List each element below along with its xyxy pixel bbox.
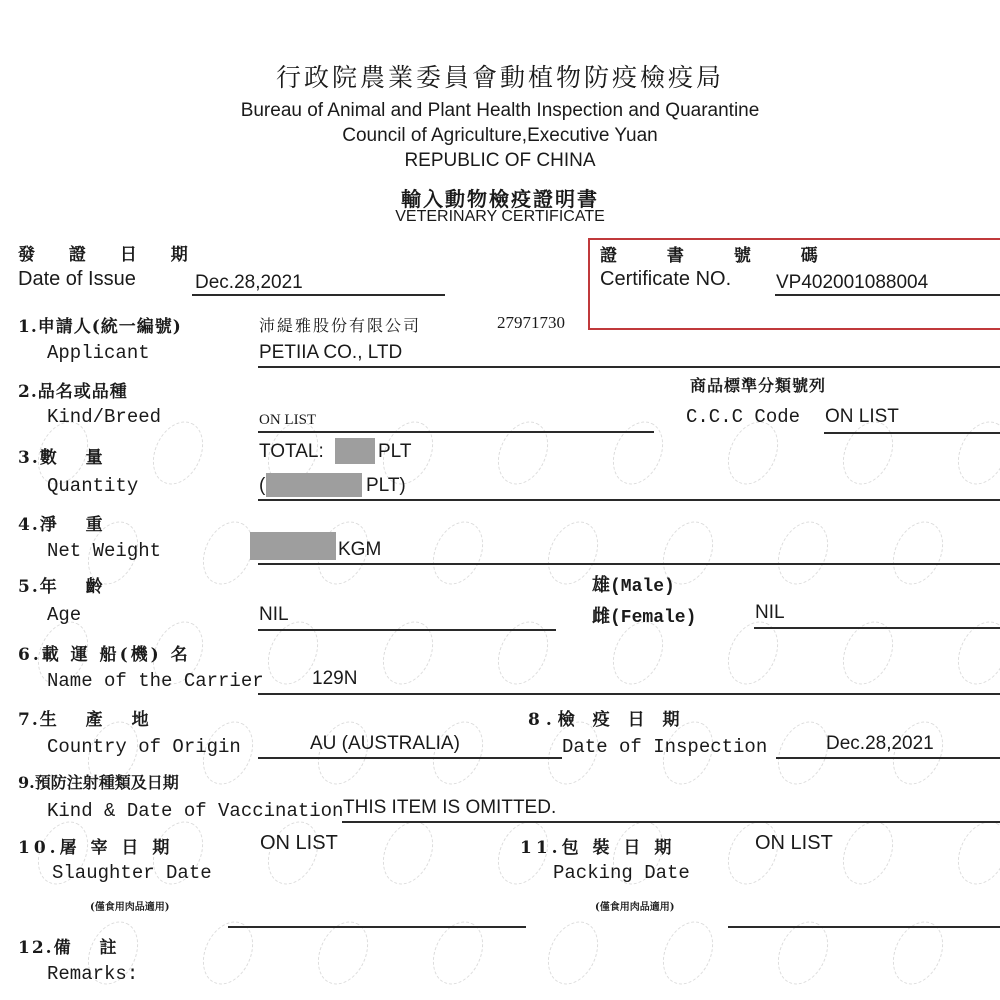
ccc-underline <box>824 432 1000 434</box>
carrier-label-zh: 6.載 運 船(機) 名 <box>18 640 191 665</box>
slaughter-underline <box>228 926 526 928</box>
carrier-underline <box>258 693 1000 695</box>
watermark-swirl <box>833 613 903 692</box>
quantity-total-unit: PLT <box>378 441 411 463</box>
watermark-swirl <box>718 613 788 692</box>
age-underline <box>258 629 556 631</box>
age-label-zh: 5.年 齡 <box>18 572 105 597</box>
country-name: REPUBLIC OF CHINA <box>0 150 1000 172</box>
issue-date-underline <box>192 294 445 296</box>
issue-date-label: Date of Issue <box>18 268 136 291</box>
council-name: Council of Agriculture,Executive Yuan <box>0 125 1000 147</box>
watermark-swirl <box>488 413 558 492</box>
packing-label: Packing Date <box>553 862 690 884</box>
watermark-swirl <box>948 813 1000 892</box>
quantity-underline <box>258 499 1000 501</box>
vaccination-underline <box>342 821 1000 823</box>
packing-label-zh: 11.包 裝 日 期 <box>520 833 675 858</box>
packing-note: (僅食用肉品適用) <box>595 898 674 913</box>
origin-underline <box>258 757 562 759</box>
agency-name-zh: 行政院農業委員會動植物防疫檢疫局 <box>0 58 1000 94</box>
female-label: 雌(Female) <box>592 602 696 628</box>
applicant-label-zh: 1.申請人(統一編號) <box>18 312 182 337</box>
watermark-swirl <box>538 913 608 992</box>
origin-label-zh: 7.生 產 地 <box>18 705 151 730</box>
age-label: Age <box>47 604 81 626</box>
net-weight-underline <box>258 563 1000 565</box>
certificate-label: Certificate NO. <box>600 268 731 291</box>
redacted-net-weight <box>250 532 336 560</box>
carrier-value: 129N <box>312 668 357 690</box>
watermark-swirl <box>373 613 443 692</box>
watermark-swirl <box>948 613 1000 692</box>
issue-date-value: Dec.28,2021 <box>195 272 303 294</box>
watermark-swirl <box>883 513 953 592</box>
vaccination-label: Kind & Date of Vaccination <box>47 800 343 822</box>
origin-value: AU (AUSTRALIA) <box>310 733 460 755</box>
vaccination-label-zh: 9.預防注射種類及日期 <box>18 770 179 793</box>
remarks-label-zh: 12.備 註 <box>18 933 119 958</box>
watermark-swirl <box>488 613 558 692</box>
applicant-value: PETIIA CO., LTD <box>259 342 402 364</box>
applicant-label: Applicant <box>47 342 150 364</box>
male-label: 雄(Male) <box>592 571 675 597</box>
sex-value: NIL <box>755 602 785 624</box>
quantity-total-prefix: TOTAL: <box>259 441 324 463</box>
applicant-underline <box>258 366 1000 368</box>
slaughter-label-zh: 10.屠 宰 日 期 <box>18 833 173 858</box>
watermark-swirl <box>653 913 723 992</box>
watermark-swirl <box>948 413 1000 492</box>
kind-label-zh: 2.品名或品種 <box>18 377 128 402</box>
net-weight-label: Net Weight <box>47 540 161 562</box>
quantity-paren-open: ( <box>259 475 265 497</box>
certificate-label-zh: 證 書 號 碼 <box>600 241 840 266</box>
packing-underline <box>728 926 1000 928</box>
ccc-value: ON LIST <box>825 406 899 428</box>
watermark-swirl <box>423 513 493 592</box>
sex-underline <box>754 627 1000 629</box>
certificate-underline <box>775 294 1000 296</box>
packing-value: ON LIST <box>755 832 833 855</box>
age-value: NIL <box>259 604 289 626</box>
slaughter-value: ON LIST <box>260 832 338 855</box>
carrier-label: Name of the Carrier <box>47 670 264 692</box>
origin-label: Country of Origin <box>47 736 241 758</box>
watermark-swirl <box>833 813 903 892</box>
issue-date-label-zh: 發 證 日 期 <box>18 240 202 265</box>
inspection-label-zh: 8.檢 疫 日 期 <box>528 705 686 730</box>
applicant-id-number: 27971730 <box>497 313 565 333</box>
slaughter-label: Slaughter Date <box>52 862 212 884</box>
net-weight-label-zh: 4.淨 重 <box>18 510 105 535</box>
remarks-label: Remarks: <box>47 963 138 985</box>
kind-value: ON LIST <box>259 412 316 429</box>
applicant-name-zh: 沛緹雅股份有限公司 <box>259 313 421 336</box>
certificate-title-en: VETERINARY CERTIFICATE <box>0 208 1000 226</box>
net-weight-unit: KGM <box>338 539 381 561</box>
certificate-number: VP402001088004 <box>776 272 928 294</box>
ccc-label: C.C.C Code <box>686 406 800 428</box>
vaccination-value: THIS ITEM IS OMITTED. <box>343 797 556 819</box>
slaughter-note: (僅食用肉品適用) <box>90 898 169 913</box>
inspection-date-value: Dec.28,2021 <box>826 733 934 755</box>
redacted-total <box>335 438 375 464</box>
agency-name-en: Bureau of Animal and Plant Health Inspec… <box>0 100 1000 122</box>
inspection-underline <box>776 757 1000 759</box>
quantity-label-zh: 3.數 量 <box>18 443 105 468</box>
watermark-swirl <box>603 413 673 492</box>
redacted-quantity <box>266 473 362 497</box>
kind-label: Kind/Breed <box>47 406 161 428</box>
quantity-label: Quantity <box>47 475 138 497</box>
quantity-paren-unit: PLT) <box>366 475 406 497</box>
watermark-swirl <box>768 513 838 592</box>
watermark-swirl <box>373 813 443 892</box>
inspection-label: Date of Inspection <box>562 736 767 758</box>
ccc-label-zh: 商品標準分類號列 <box>690 373 826 396</box>
kind-underline <box>258 431 654 433</box>
